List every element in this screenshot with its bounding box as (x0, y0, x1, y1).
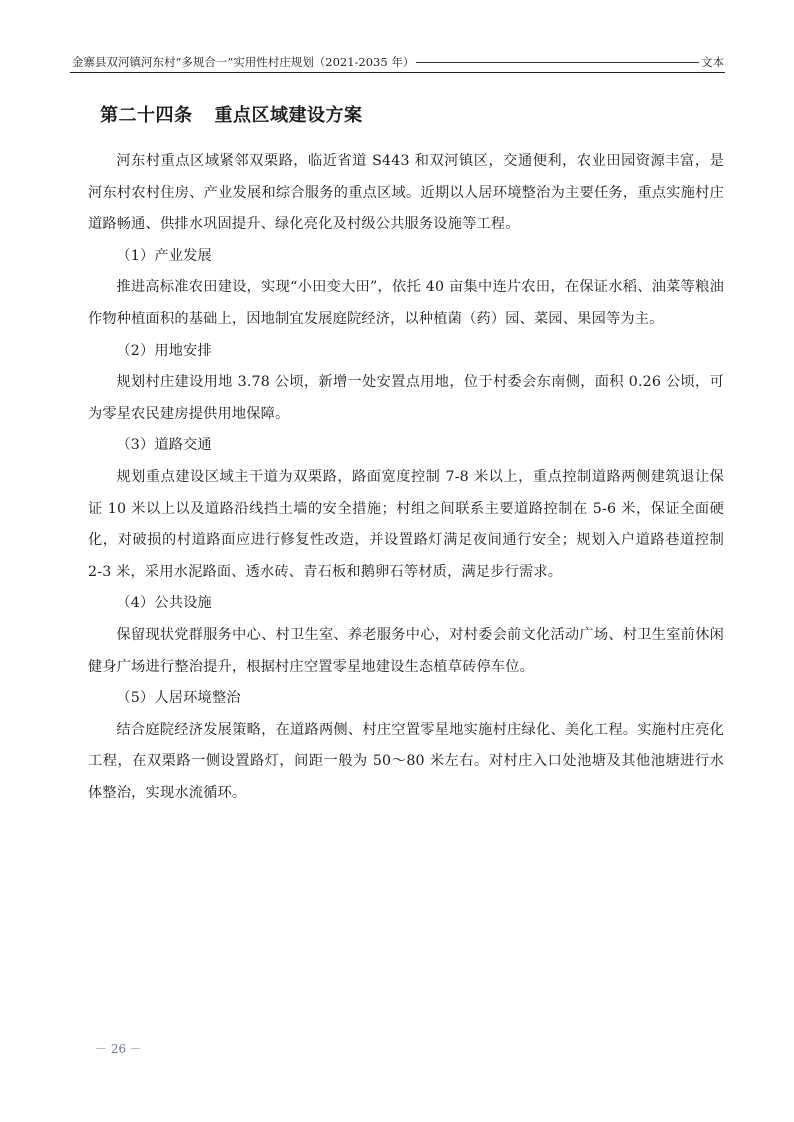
subheading-public-facilities: （4）公共设施 (88, 588, 724, 620)
running-header: 金寨县双河镇河东村“多规合一”实用性村庄规划（2021-2035 年） 文本 (72, 53, 724, 71)
paragraph-public-facilities: 保留现状党群服务中心、村卫生室、养老服务中心，对村委会前文化活动广场、村卫生室前… (88, 620, 724, 683)
subheading-industry: （1）产业发展 (88, 241, 724, 273)
subheading-land-use: （2）用地安排 (88, 336, 724, 368)
subheading-environment: （5）人居环境整治 (88, 683, 724, 715)
paragraph-industry: 推进高标准农田建设，实现“小田变大田”，依托 40 亩集中连片农田，在保证水稻、… (88, 272, 724, 335)
paragraph-environment: 结合庭院经济发展策略，在道路两侧、村庄空置零星地实施村庄绿化、美化工程。实施村庄… (88, 715, 724, 810)
page-number: － 26 － (95, 1040, 142, 1057)
article-number: 第二十四条 (100, 105, 193, 126)
article-heading: 第二十四条重点区域建设方案 (100, 104, 724, 128)
header-document-title: 金寨县双河镇河东村“多规合一”实用性村庄规划（2021-2035 年） (72, 55, 416, 69)
paragraph-intro: 河东村重点区域紧邻双栗路，临近省道 S443 和双河镇区，交通便利，农业田园资源… (88, 146, 724, 241)
header-section-label: 文本 (699, 53, 724, 71)
article-title: 重点区域建设方案 (215, 105, 363, 126)
paragraph-land-use: 规划村庄建设用地 3.78 公顷，新增一处安置点用地，位于村委会东南侧，面积 0… (88, 367, 724, 430)
header-rule (70, 72, 725, 73)
paragraph-transport: 规划重点建设区域主干道为双栗路，路面宽度控制 7-8 米以上，重点控制道路两侧建… (88, 462, 724, 588)
subheading-transport: （3）道路交通 (88, 430, 724, 462)
page-content: 第二十四条重点区域建设方案 河东村重点区域紧邻双栗路，临近省道 S443 和双河… (88, 98, 724, 809)
